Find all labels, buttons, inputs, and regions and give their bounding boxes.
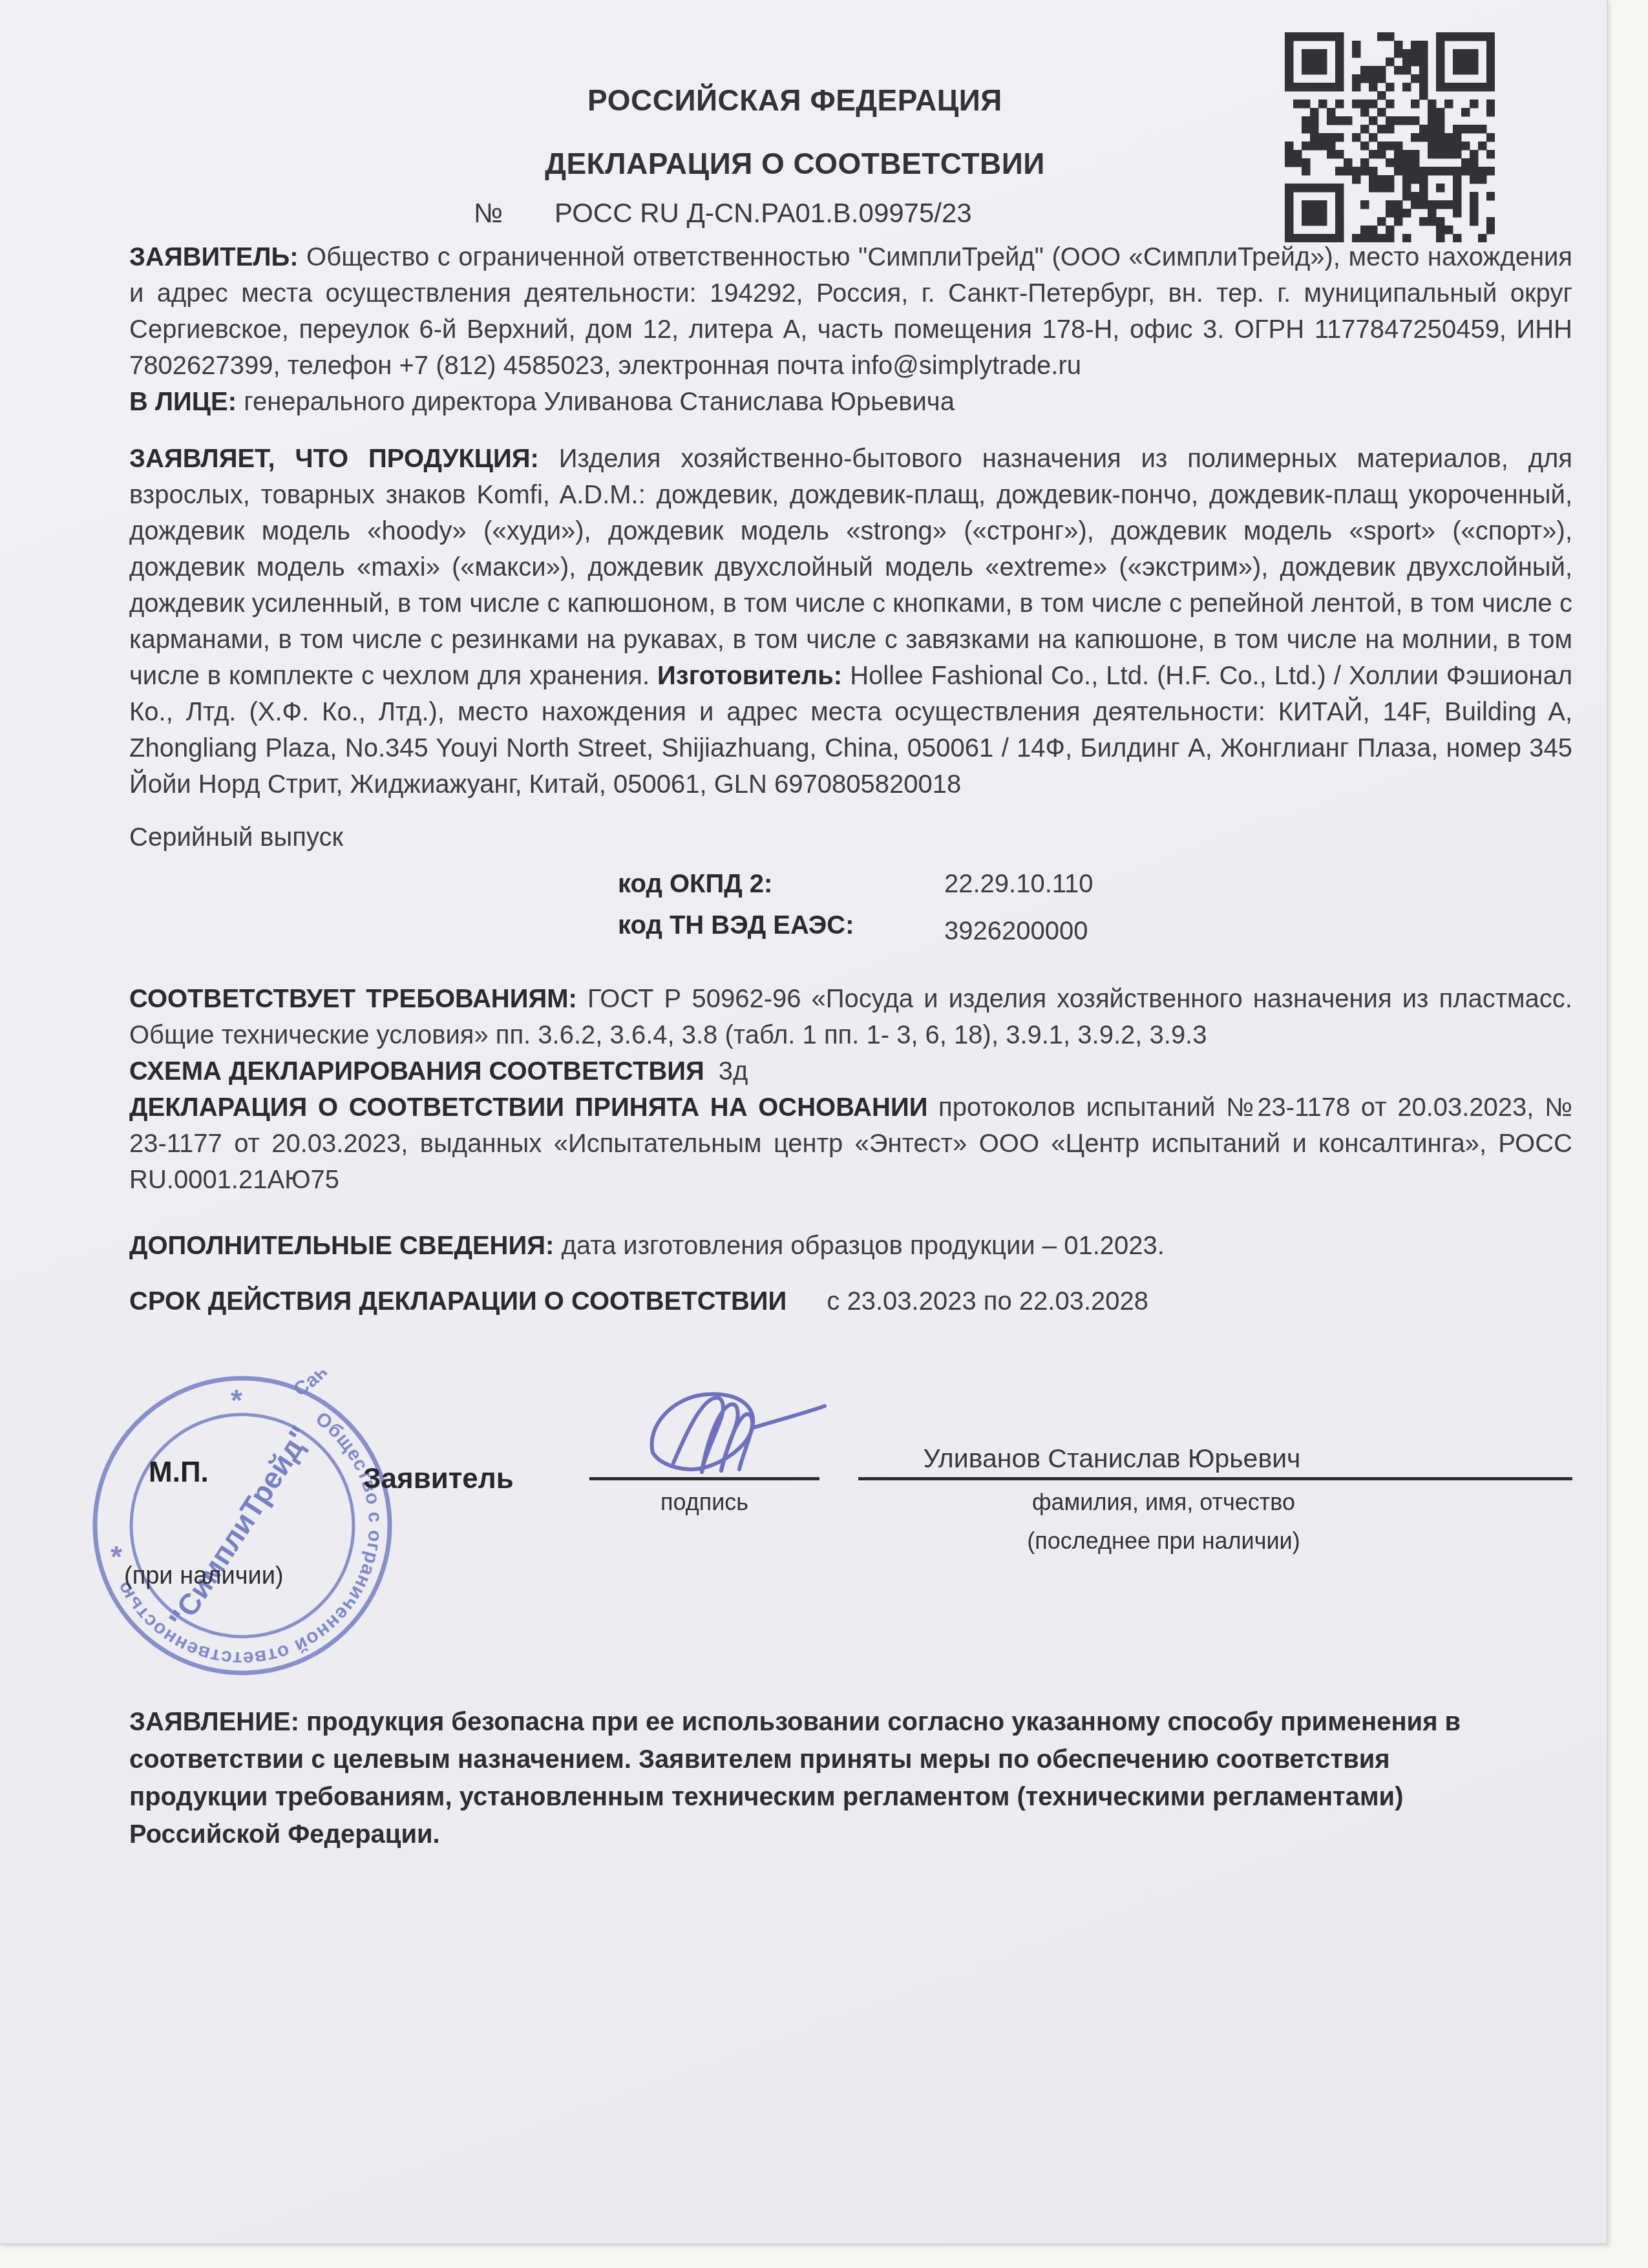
validity-line: СРОК ДЕЙСТВИЯ ДЕКЛАРАЦИИ О СООТВЕТСТВИИс… — [129, 1283, 1572, 1319]
number-value: РОСС RU Д-CN.РА01.В.09975/23 — [555, 198, 972, 229]
statement-paragraph: ЗАЯВЛЕНИЕ: продукция безопасна при ее ис… — [129, 1703, 1467, 1853]
signature-caption: подпись — [589, 1489, 819, 1516]
country-title: РОССИЙСКАЯ ФЕДЕРАЦИЯ — [129, 0, 1461, 118]
stamp-center-text: "СимплиТрейд" — [162, 1420, 318, 1634]
scheme-value: 3д — [719, 1057, 748, 1086]
in-person-label: В ЛИЦЕ: — [129, 388, 237, 416]
signature-section: Общество с ограниченной ответственностью… — [129, 1361, 1572, 1697]
codes-block: код ОКПД 2: 22.29.10.110 код ТН ВЭД ЕАЭС… — [618, 863, 1572, 946]
scheme-line: СХЕМА ДЕКЛАРИРОВАНИЯ СООТВЕТСТВИЯ3д — [129, 1053, 1572, 1089]
stamp-city-text: Санкт-Петербург — [290, 1370, 361, 1401]
signatory-name: Уливанов Станислав Юрьевич — [858, 1444, 1572, 1474]
stamp-star-top: * — [231, 1383, 243, 1417]
name-caption: фамилия, имя, отчество — [858, 1489, 1572, 1516]
basis-label: ДЕКЛАРАЦИЯ О СООТВЕТСТВИИ ПРИНЯТА НА ОСН… — [129, 1093, 927, 1122]
number-sign: № — [474, 198, 503, 229]
applicant-text: Общество с ограниченной ответственностью… — [129, 243, 1572, 380]
tnved-row: код ТН ВЭД ЕАЭС: 3926200000 — [618, 905, 1572, 946]
in-person-text: генерального директора Уливанова Станисл… — [244, 388, 955, 416]
document-content: РОССИЙСКАЯ ФЕДЕРАЦИЯ ДЕКЛАРАЦИЯ О СООТВЕ… — [0, 0, 1607, 1853]
validity-value: с 23.03.2023 по 22.03.2028 — [827, 1287, 1148, 1316]
stamp-place-note: (при наличии) — [124, 1562, 284, 1590]
validity-label: СРОК ДЕЙСТВИЯ ДЕКЛАРАЦИИ О СООТВЕТСТВИИ — [129, 1287, 787, 1316]
okpd-label: код ОКПД 2: — [618, 863, 944, 905]
scanned-document-page: РОССИЙСКАЯ ФЕДЕРАЦИЯ ДЕКЛАРАЦИЯ О СООТВЕ… — [0, 0, 1608, 2245]
signature-line — [589, 1477, 819, 1480]
document-title: ДЕКЛАРАЦИЯ О СООТВЕТСТВИИ — [129, 146, 1461, 181]
stamp-place-label: М.П. — [149, 1456, 209, 1489]
okpd-row: код ОКПД 2: 22.29.10.110 — [618, 863, 1572, 905]
statement-label: ЗАЯВЛЕНИЕ: — [129, 1708, 299, 1736]
company-round-stamp: Общество с ограниченной ответственностью… — [87, 1370, 397, 1681]
additional-text: дата изготовления образцов продукции – 0… — [561, 1232, 1164, 1260]
compliance-label: СООТВЕТСТВУЕТ ТРЕБОВАНИЯМ: — [129, 985, 577, 1013]
scheme-label: СХЕМА ДЕКЛАРИРОВАНИЯ СООТВЕТСТВИЯ — [129, 1057, 704, 1086]
additional-info-line: ДОПОЛНИТЕЛЬНЫЕ СВЕДЕНИЯ: дата изготовлен… — [129, 1228, 1572, 1264]
tnved-value: 3926200000 — [944, 910, 1088, 952]
handwritten-signature — [633, 1385, 834, 1486]
product-text: Изделия хозяйственно-бытового назначения… — [129, 445, 1572, 690]
applicant-role-label: Заявитель — [363, 1463, 514, 1495]
manufacturer-label: Изготовитель: — [657, 662, 842, 690]
serial-issue-line: Серийный выпуск — [129, 819, 1572, 856]
name-line — [858, 1477, 1572, 1480]
spacer — [503, 198, 555, 229]
tnved-label: код ТН ВЭД ЕАЭС: — [618, 905, 944, 946]
compliance-paragraph: СООТВЕТСТВУЕТ ТРЕБОВАНИЯМ: ГОСТ Р 50962-… — [129, 981, 1572, 1053]
stamp-star-left: * — [111, 1540, 123, 1573]
statement-text: продукция безопасна при ее использовании… — [129, 1708, 1461, 1849]
applicant-paragraph: ЗАЯВИТЕЛЬ: Общество с ограниченной ответ… — [129, 239, 1572, 384]
applicant-label: ЗАЯВИТЕЛЬ: — [129, 243, 299, 271]
okpd-value: 22.29.10.110 — [944, 863, 1093, 905]
product-label: ЗАЯВЛЯЕТ, ЧТО ПРОДУКЦИЯ: — [129, 445, 539, 473]
basis-paragraph: ДЕКЛАРАЦИЯ О СООТВЕТСТВИИ ПРИНЯТА НА ОСН… — [129, 1089, 1572, 1198]
name-caption-note: (последнее при наличии) — [858, 1528, 1572, 1555]
declaration-number: № РОСС RU Д-CN.РА01.В.09975/23 — [474, 198, 1572, 229]
additional-label: ДОПОЛНИТЕЛЬНЫЕ СВЕДЕНИЯ: — [129, 1232, 554, 1260]
in-person-line: В ЛИЦЕ: генерального директора Уливанова… — [129, 384, 1572, 420]
product-paragraph: ЗАЯВЛЯЕТ, ЧТО ПРОДУКЦИЯ: Изделия хозяйст… — [129, 441, 1572, 803]
